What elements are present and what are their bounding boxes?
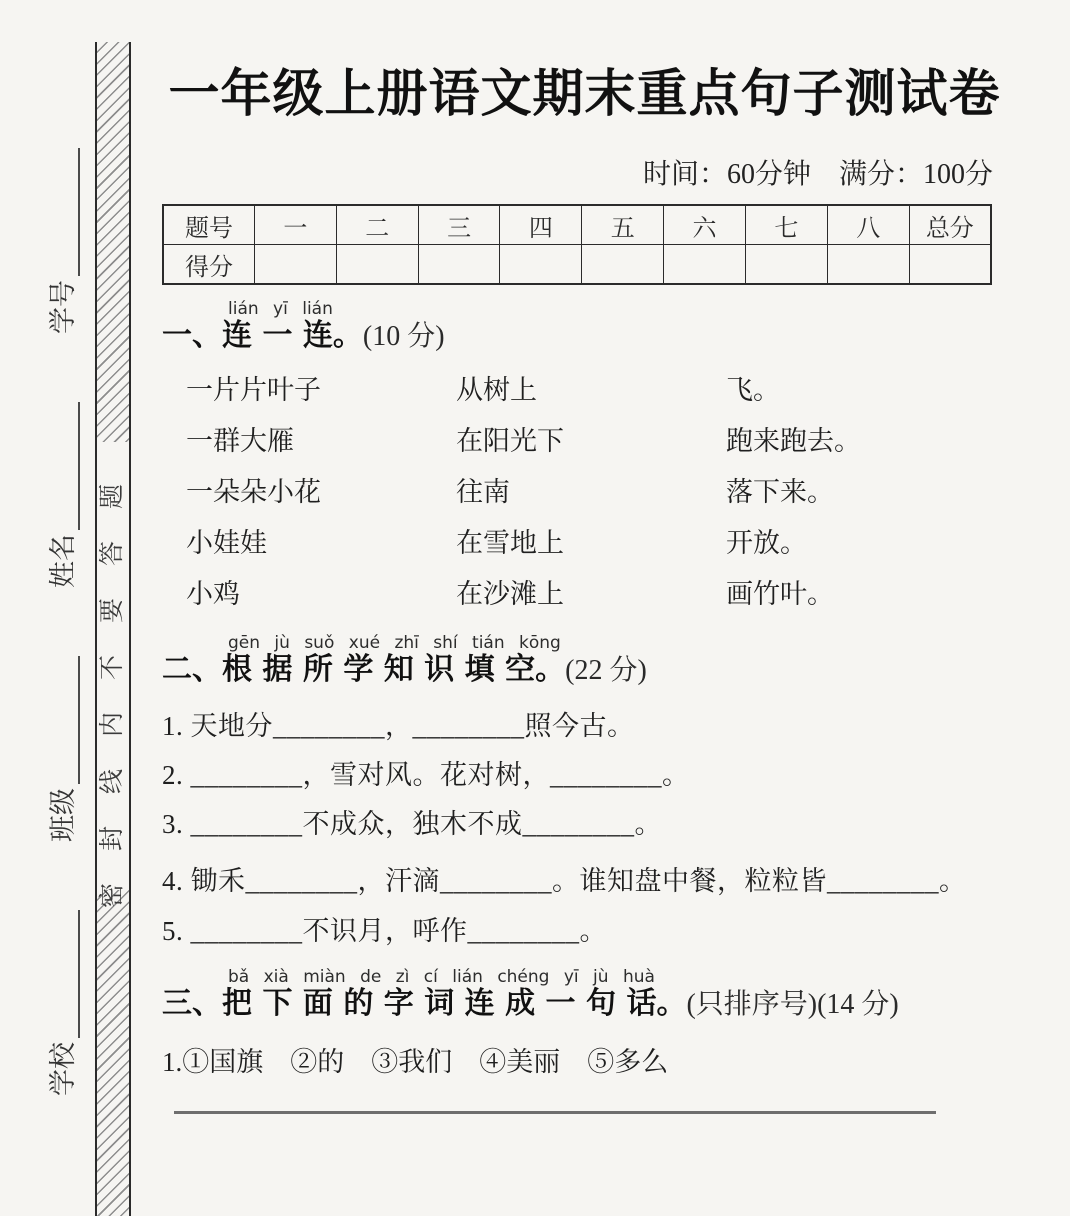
exam-paper: 一年级上册语文期末重点句子测试卷 时间：60分钟 满分：100分 题号 一 二 … (162, 0, 1007, 1114)
sequence-item-1: 1.①国旗 ②的 ③我们 ④美丽 ⑤多么 (162, 1045, 1007, 1079)
fill-in-blanks: 1. 天地分________，________照今古。 2. ________，… (162, 709, 1007, 948)
school-label: 学校 (46, 1042, 80, 1096)
section-2-score: (22 分) (565, 655, 647, 686)
hatch-pattern-top (97, 42, 129, 442)
student-number-label: 学号 (46, 280, 80, 334)
section-3-heading: bǎ xià miàn de zì cí lián chéng yī jù hu… (162, 968, 1007, 1027)
match-left-4: 小娃娃 (186, 528, 456, 559)
class-field: 班级 (46, 656, 80, 842)
seal-line-text: 密封线内不要答题 (98, 448, 128, 908)
school-blank-line (50, 910, 80, 1038)
answer-line (174, 1111, 936, 1114)
match-right-3: 落下来。 (726, 477, 1007, 508)
student-number-blank-line (50, 148, 80, 276)
match-middle-2: 在阳光下 (456, 426, 726, 457)
score-row-label: 得分 (163, 245, 255, 285)
score-cell-3 (418, 245, 500, 285)
col-header-5: 五 (582, 205, 664, 245)
section-2-title: 二、根 据 所 学 知 识 填 空。 (162, 652, 565, 687)
name-label: 姓名 (46, 534, 80, 588)
section-1-title: 一、连 一 连。 (162, 318, 363, 353)
school-field: 学校 (46, 910, 80, 1096)
score-table-score-row: 得分 (163, 245, 991, 285)
time-score-info: 时间：60分钟 满分：100分 (162, 152, 1007, 192)
match-right-5: 画竹叶。 (726, 579, 1007, 610)
col-header-2: 二 (336, 205, 418, 245)
match-left-1: 一片片叶子 (186, 375, 456, 406)
col-header-8: 八 (827, 205, 909, 245)
fill-item-4: 4. 锄禾________，汗滴________。谁知盘中餐，粒粒皆______… (162, 856, 1007, 906)
match-middle-4: 在雪地上 (456, 528, 726, 559)
section-3-title: 三、把 下 面 的 字 词 连 成 一 句 话。 (162, 986, 686, 1021)
col-header-6: 六 (664, 205, 746, 245)
score-table-header-row: 题号 一 二 三 四 五 六 七 八 总分 (163, 205, 991, 245)
score-cell-total (909, 245, 991, 285)
student-info-fields: 学校 班级 姓名 学号 (46, 148, 80, 1096)
col-header-1: 一 (255, 205, 337, 245)
score-cell-2 (336, 245, 418, 285)
match-middle-5: 在沙滩上 (456, 579, 726, 610)
fill-item-1: 1. 天地分________，________照今古。 (162, 709, 1007, 743)
section-3-score: (只排序号)(14 分) (686, 989, 898, 1020)
class-label: 班级 (46, 788, 80, 842)
page-title: 一年级上册语文期末重点句子测试卷 (162, 52, 1007, 126)
col-header-7: 七 (745, 205, 827, 245)
score-cell-4 (500, 245, 582, 285)
match-left-2: 一群大雁 (186, 426, 456, 457)
fill-item-2: 2. ________，雪对风。花对树，________。 (162, 758, 1007, 792)
score-cell-6 (664, 245, 746, 285)
name-field: 姓名 (46, 402, 80, 588)
section-1-heading: lián yī lián 一、连 一 连。(10 分) (162, 300, 1007, 359)
section-3-pinyin: bǎ xià miàn de zì cí lián chéng yī jù hu… (228, 968, 1007, 986)
student-number-field: 学号 (46, 148, 80, 334)
class-blank-line (50, 656, 80, 784)
fill-item-5: 5. ________不识月，呼作________。 (162, 914, 1007, 948)
match-right-2: 跑来跑去。 (726, 426, 1007, 457)
name-blank-line (50, 402, 80, 530)
score-cell-7 (745, 245, 827, 285)
col-header-4: 四 (500, 205, 582, 245)
hatch-pattern-bottom (97, 890, 129, 1216)
section-1-pinyin: lián yī lián (228, 300, 1007, 318)
col-header-3: 三 (418, 205, 500, 245)
score-cell-8 (827, 245, 909, 285)
match-middle-1: 从树上 (456, 375, 726, 406)
score-table: 题号 一 二 三 四 五 六 七 八 总分 得分 (162, 204, 992, 285)
match-left-3: 一朵朵小花 (186, 477, 456, 508)
match-right-1: 飞。 (726, 375, 1007, 406)
match-middle-3: 往南 (456, 477, 726, 508)
matching-exercise: 一片片叶子 从树上 飞。 一群大雁 在阳光下 跑来跑去。 一朵朵小花 往南 落下… (162, 375, 1007, 610)
score-cell-1 (255, 245, 337, 285)
score-cell-5 (582, 245, 664, 285)
section-2-pinyin: gēn jù suǒ xué zhī shí tián kōng (228, 634, 1007, 652)
fill-item-3: 3. ________不成众，独木不成________。 (162, 807, 1007, 841)
total-score-header: 总分 (909, 205, 991, 245)
match-right-4: 开放。 (726, 528, 1007, 559)
question-number-header: 题号 (163, 205, 255, 245)
match-left-5: 小鸡 (186, 579, 456, 610)
section-1-score: (10 分) (363, 321, 445, 352)
section-2-heading: gēn jù suǒ xué zhī shí tián kōng 二、根 据 所… (162, 634, 1007, 693)
